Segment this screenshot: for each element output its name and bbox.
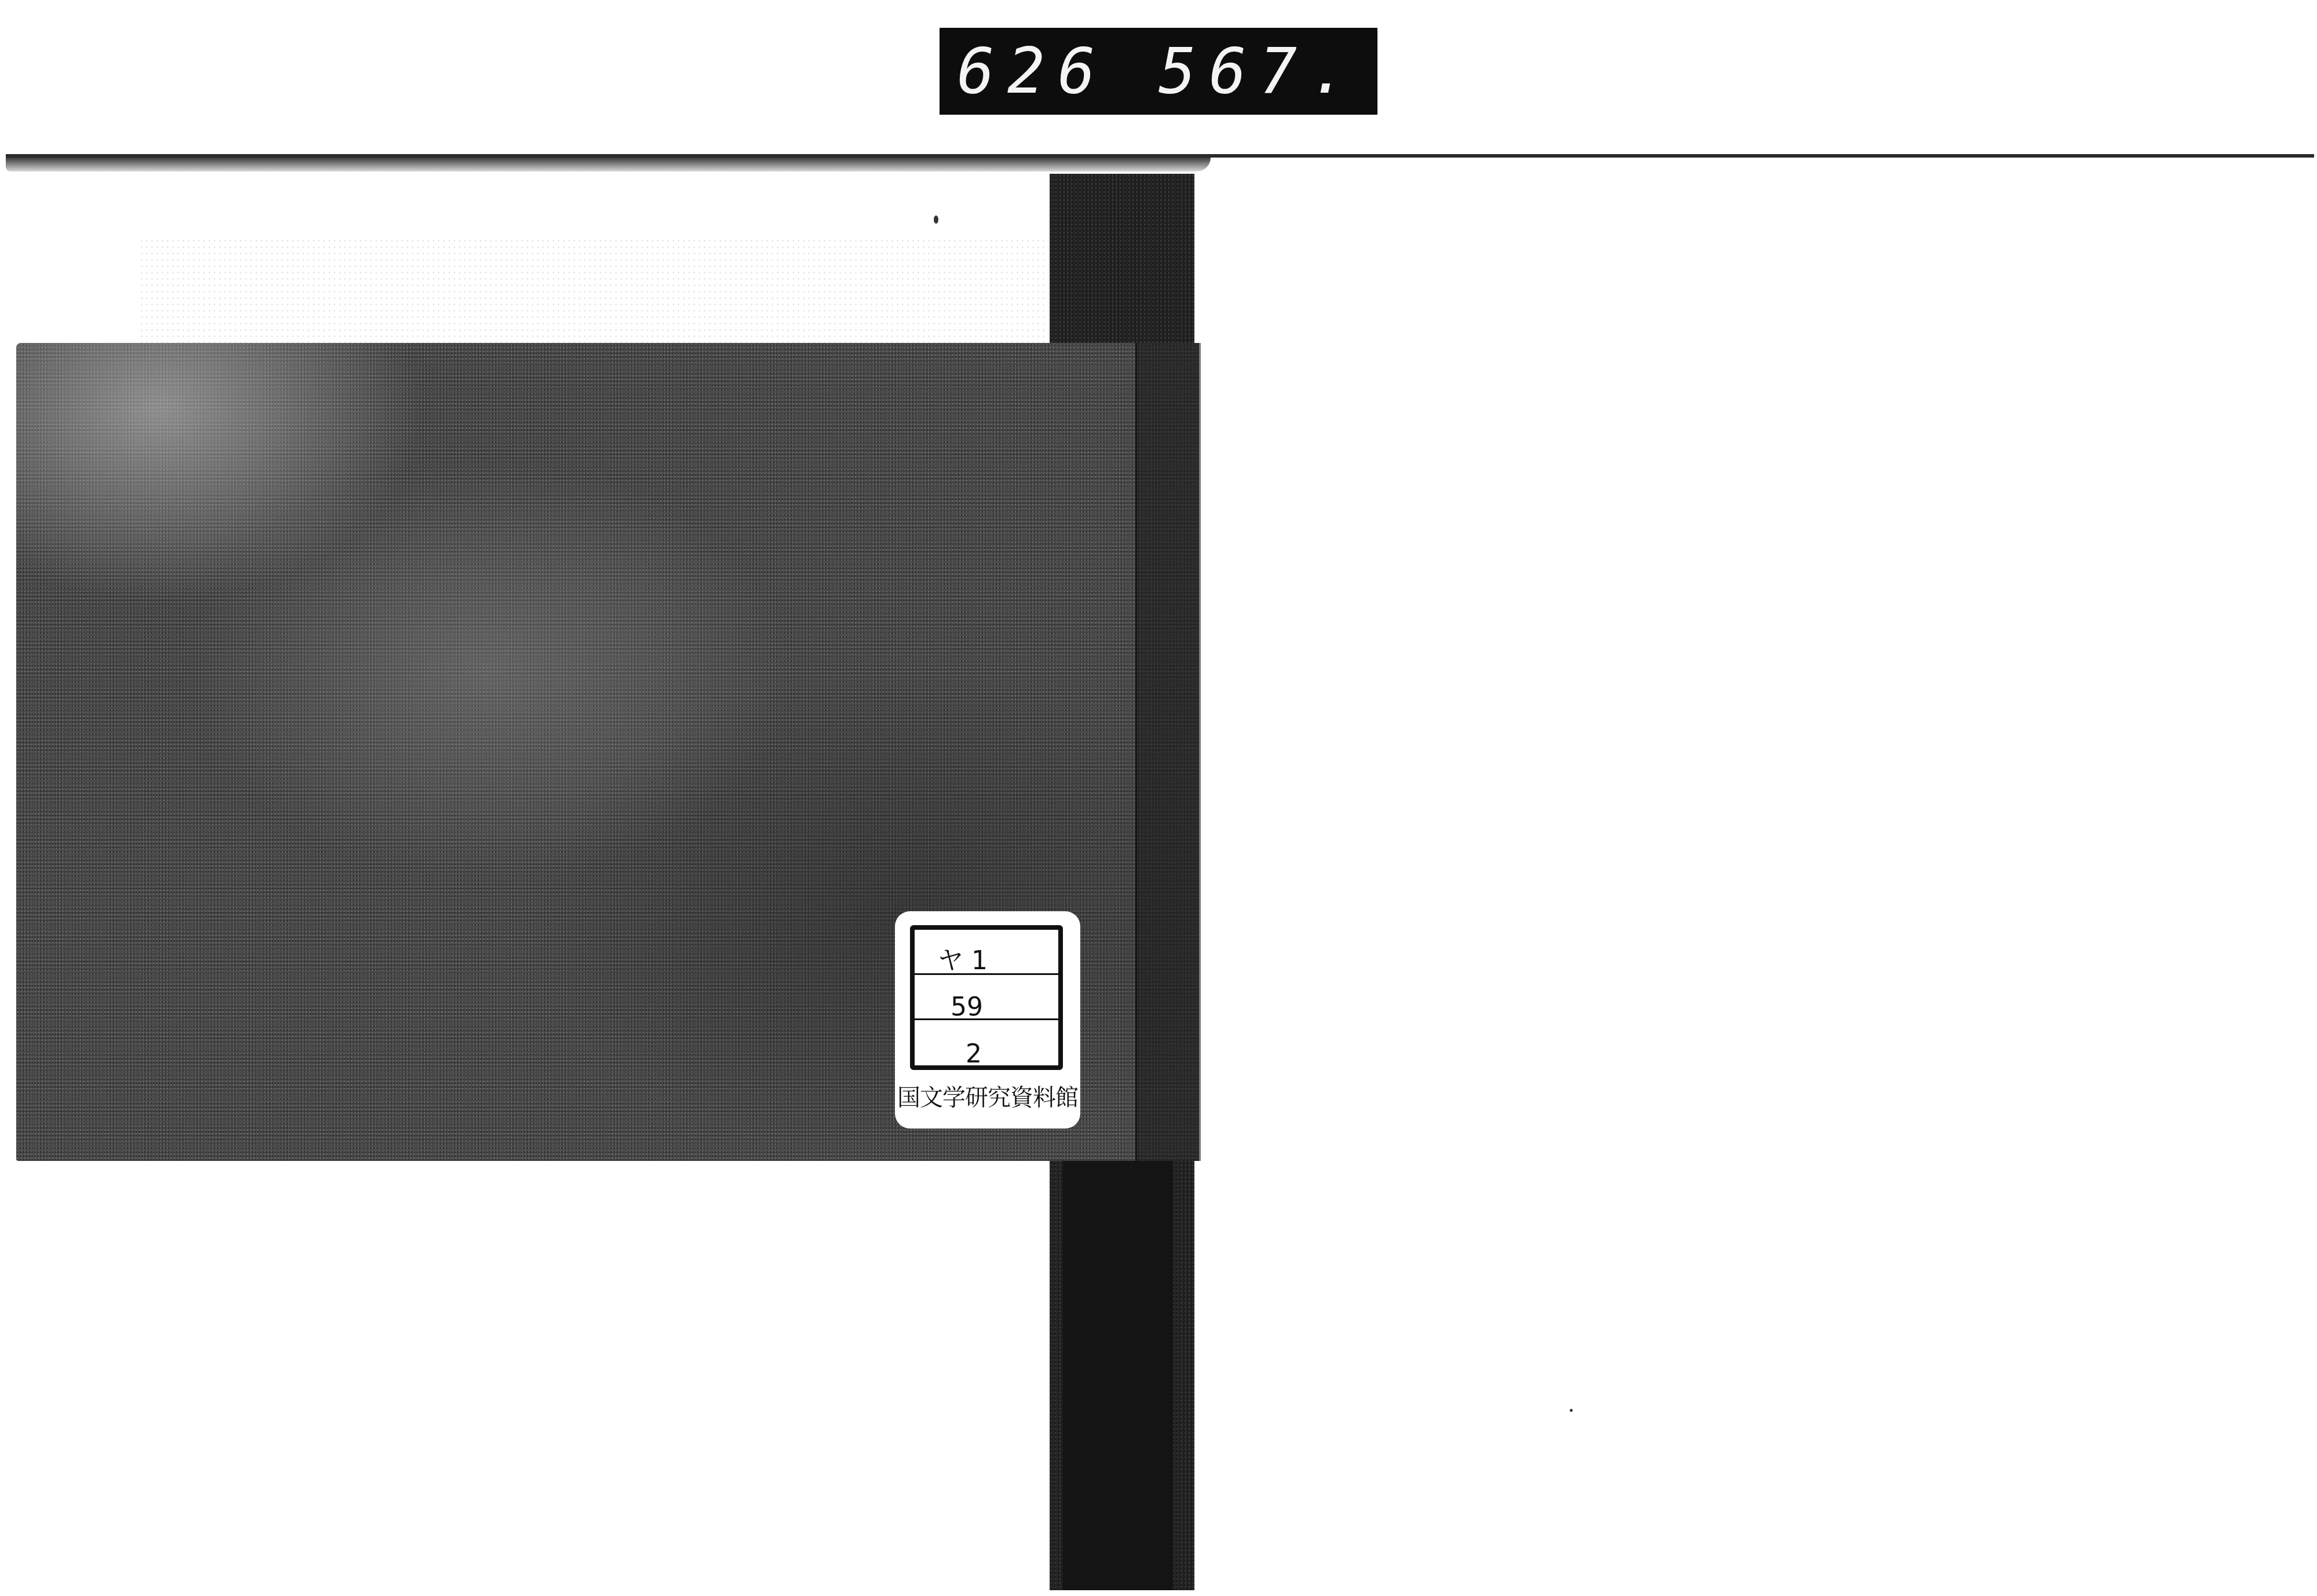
- call-number-volume: 2: [966, 1039, 982, 1069]
- cover-binding-edge: [1135, 343, 1201, 1161]
- frame-number-right: 567.: [1158, 35, 1360, 108]
- book-spine-lower: [1063, 1159, 1173, 1590]
- institution-name: 国文学研究資料館: [895, 1079, 1080, 1112]
- call-number-class: ヤ 1: [938, 940, 988, 977]
- scan-dust-speck: [934, 216, 938, 224]
- book-top-edge-shadow: [6, 158, 1211, 171]
- page-speckle-noise: [139, 238, 1048, 353]
- call-number-row: 59: [915, 975, 1058, 1020]
- call-number-row: 2: [915, 1020, 1058, 1065]
- scan-dust-speck: [1570, 1409, 1573, 1412]
- call-number-item: 59: [951, 992, 983, 1022]
- call-number-box: ヤ 1 59 2: [910, 925, 1063, 1070]
- microfilm-frame-counter: 626 567.: [940, 28, 1377, 115]
- call-number-row: ヤ 1: [915, 930, 1058, 975]
- library-call-number-label: ヤ 1 59 2 国文学研究資料館: [895, 911, 1080, 1128]
- frame-number-left: 626: [957, 35, 1158, 108]
